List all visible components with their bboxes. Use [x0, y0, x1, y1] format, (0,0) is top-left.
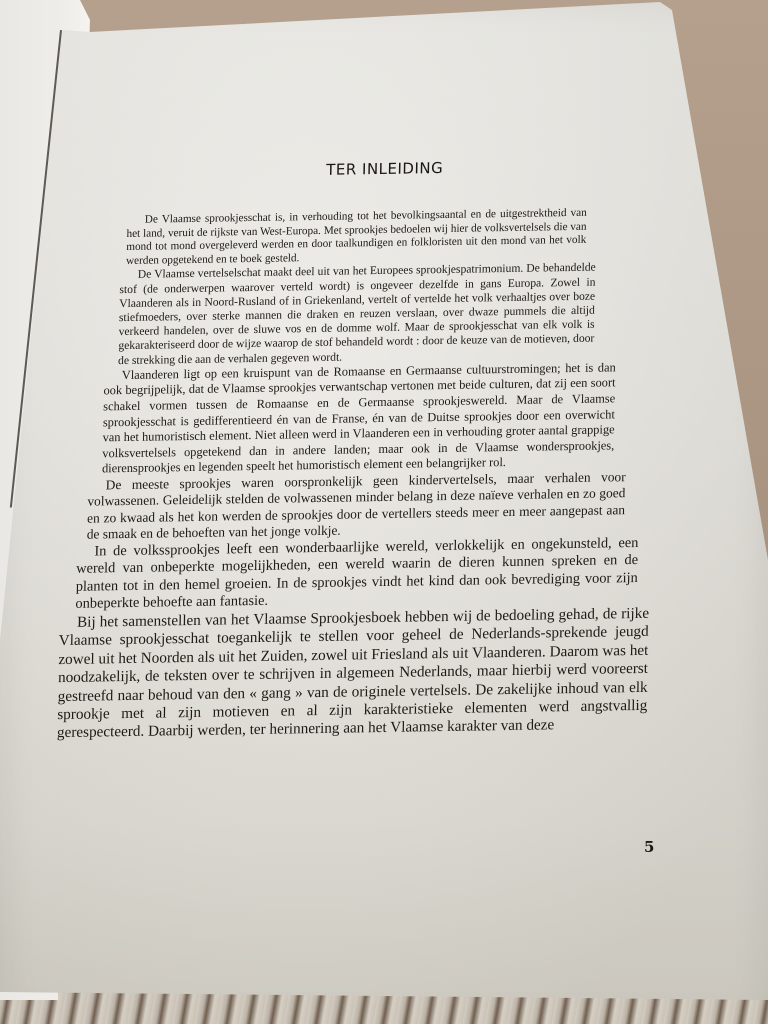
page-title: TER INLEIDING [110, 156, 660, 183]
page-number: 5 [644, 838, 654, 856]
paragraph-1: De Vlaamse sprookjesschat is, in verhoud… [126, 207, 587, 269]
page-content: TER INLEIDING De Vlaamse sprookjesschat … [49, 151, 660, 743]
paragraph-3: Vlaanderen ligt op een kruispunt van de … [102, 360, 616, 477]
paragraph-4: De meeste sprookjes waren oorspronkelijk… [87, 469, 626, 543]
paragraph-2: De Vlaamse vertelselschat maakt deel uit… [118, 261, 596, 368]
paragraph-6: Bij het samenstellen van het Vlaamse Spr… [57, 605, 649, 743]
paragraph-5: In de volkssprookjes leeft een wonderbaa… [75, 535, 638, 614]
